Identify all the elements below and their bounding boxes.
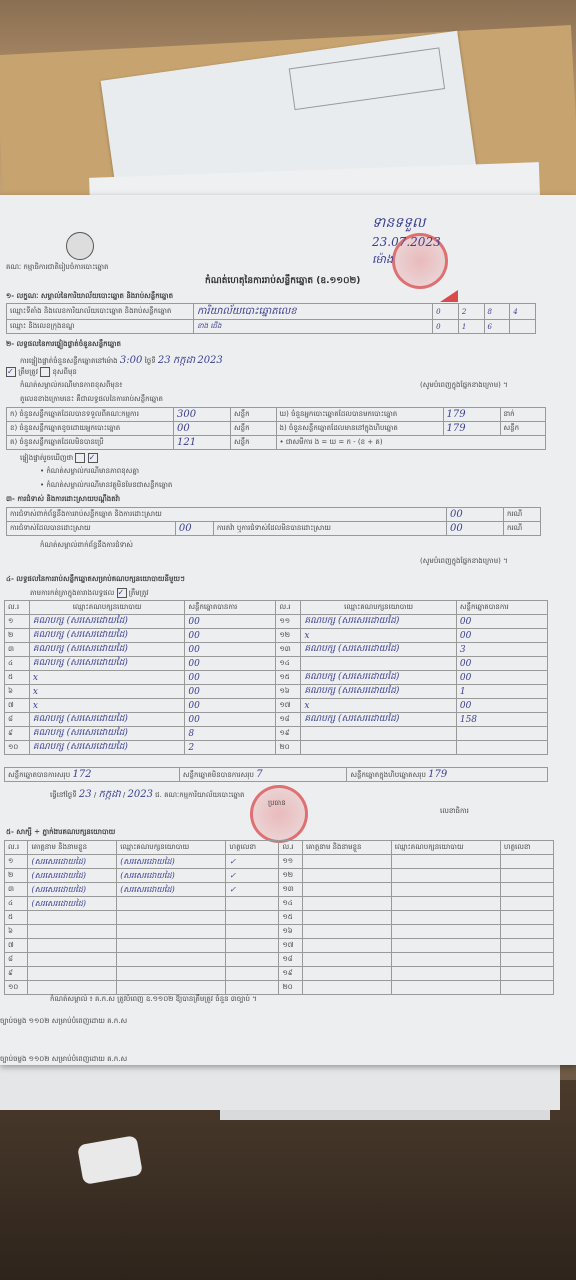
cell-empty xyxy=(391,981,500,995)
note-label: កំណត់សម្គាល់ករណីមានភាពខុសពីមុន៖ xyxy=(20,381,122,391)
total-valid-value: 172 xyxy=(72,769,91,780)
total-valid: សន្លឹកឆ្នោតបានការសរុប 172 xyxy=(5,768,180,782)
cell-party xyxy=(117,981,226,995)
cell-empty xyxy=(391,883,500,897)
col-party: ឈ្មោះគណបក្សនយោបាយ xyxy=(29,601,184,615)
objection-note: កំណត់សម្គាល់ពាក់ព័ន្ធនឹងការជំទាស់ xyxy=(40,541,133,551)
cell-party xyxy=(117,911,226,925)
party-results-table: ល.រ ឈ្មោះគណបក្សនយោបាយ សន្លឹកឆ្នោតបានការ … xyxy=(4,600,548,755)
cell-no: ១១ xyxy=(276,615,301,629)
received-date: 23.07.2023 xyxy=(372,235,441,249)
cell-name: (សរសេរដោយដៃ) xyxy=(28,869,117,883)
cell-no: ៥ xyxy=(5,911,28,925)
table-row: ១គណបក្ស (សរសេរដោយដៃ)00១១គណបក្ស (សរសេរដោយ… xyxy=(5,615,548,629)
row-value: 179 xyxy=(443,422,500,436)
cell-votes: 00 xyxy=(456,657,547,671)
col-votes: សន្លឹកឆ្នោតបានការ xyxy=(456,601,547,615)
authority-name: គណៈ កម្មាធិការជាតិរៀបចំការបោះឆ្នោត xyxy=(6,263,109,273)
col-party: ឈ្មោះគណបក្សនយោបាយ xyxy=(391,841,500,855)
row-unit: សន្លឹក xyxy=(500,422,546,436)
col-party: ឈ្មោះគណបក្សនយោបាយ xyxy=(301,601,456,615)
unresolved-value: 00 xyxy=(447,522,504,536)
table-row: ៣(សរសេរដោយដៃ)(សរសេរដោយដៃ)✓១៣ xyxy=(5,883,554,897)
table-row: ១(សរសេរដោយដៃ)(សរសេរដោយដៃ)✓១១ xyxy=(5,855,554,869)
section1-heading: ១- លក្ខណៈ សម្គាល់នៃការិយាល័យបោះឆ្នោត និង… xyxy=(6,292,173,302)
cell-votes: 00 xyxy=(185,713,276,727)
table-intro: តួលេខខាងក្រោមនេះ គឺជាលទ្ធផលនៃការរាប់សន្ល… xyxy=(20,395,163,405)
cell-no: ៣ xyxy=(5,643,30,657)
cell-party: x xyxy=(29,685,184,699)
table-row: ២(សរសេរដោយដៃ)(សរសេរដោយដៃ)✓១២ xyxy=(5,869,554,883)
match-line: ផ្ទៀងផ្ទាត់រួចឃើញថា ✓ xyxy=(20,453,98,464)
cell-empty xyxy=(500,967,553,981)
cell-party: x xyxy=(29,699,184,713)
cell-party: (សរសេរដោយដៃ) xyxy=(117,855,226,869)
cell-no: ២ xyxy=(5,869,28,883)
total-in-box-label: សន្លឹកឆ្នោតក្នុងហិបឆ្នោតសរុប xyxy=(350,771,426,779)
cell-no: ១២ xyxy=(276,629,301,643)
cell-party: គណបក្ស (សរសេរដោយដៃ) xyxy=(29,629,184,643)
cell-party: x xyxy=(29,671,184,685)
cell-empty xyxy=(391,855,500,869)
total-valid-label: សន្លឹកឆ្នោតបានការសរុប xyxy=(8,771,70,779)
row-unit: សន្លឹក xyxy=(231,422,277,436)
cell-no: ៦ xyxy=(5,685,30,699)
seal-ok-checkbox[interactable]: ✓ xyxy=(6,367,16,377)
cell-party: គណបក្ស (សរសេរដោយដៃ) xyxy=(301,643,456,657)
cell-no: ១៥ xyxy=(276,671,301,685)
cell-empty xyxy=(302,981,391,995)
month-value: កក្កដា xyxy=(173,355,195,366)
resolved-label: ការជំទាស់ដែលបានដោះស្រាយ xyxy=(7,522,176,536)
total-invalid: សន្លឹកឆ្នោតមិនបានការសរុប 7 xyxy=(179,768,346,782)
tally-ok-checkbox[interactable]: ✓ xyxy=(117,588,127,598)
section1-table: ឈ្មោះទីតាំង និងលេខការិយាល័យបោះឆ្នោត និងរ… xyxy=(6,303,536,334)
seal-bad-label: ខុសពីមុន xyxy=(52,368,76,376)
cell-no: ១៤ xyxy=(276,657,301,671)
check-time-line: ការផ្ទៀងផ្ទាត់ចំនួនសន្លឹកឆ្នោតនៅម៉ោង 3:0… xyxy=(20,353,223,368)
col-no: ល.រ xyxy=(279,841,302,855)
polling-station-label: ឈ្មោះទីតាំង និងលេខការិយាល័យបោះឆ្នោត និងរ… xyxy=(7,304,194,320)
code-digit: 0 xyxy=(433,320,459,334)
row-unit: សន្លឹក xyxy=(231,408,277,422)
cell-no: ១៩ xyxy=(276,727,301,741)
cell-party xyxy=(117,925,226,939)
cell-party: គណបក្ស (សរសេរដោយដៃ) xyxy=(301,671,456,685)
table-row: ៦១៦ xyxy=(5,925,554,939)
tally-ok-label: ត្រឹមត្រូវ xyxy=(129,589,149,597)
chair-stamp-icon xyxy=(250,785,308,843)
cell-votes: 3 xyxy=(456,643,547,657)
cell-party xyxy=(117,953,226,967)
cell-empty xyxy=(302,939,391,953)
cell-no: ១៧ xyxy=(279,939,302,953)
seal-check-line: ✓ ត្រឹមត្រូវ ខុសពីមុន xyxy=(6,367,77,378)
cell-votes: 158 xyxy=(456,713,547,727)
cell-no: ១២ xyxy=(279,869,302,883)
table-row: ៩១៩ xyxy=(5,967,554,981)
col-no: ល.រ xyxy=(5,601,30,615)
footnote: កំណត់សម្គាល់ ៖ គ.ក.ស ត្រូវបំពេញ ឧ.១១០២ ឱ… xyxy=(50,995,257,1005)
cell-sign xyxy=(226,981,279,995)
date-month: កក្កដា xyxy=(98,789,120,800)
table-row: ៧x00១៧x00 xyxy=(5,699,548,713)
cell-empty xyxy=(500,911,553,925)
cell-no: ៩ xyxy=(5,727,30,741)
time-label: ការផ្ទៀងផ្ទាត់ចំនួនសន្លឹកឆ្នោតនៅម៉ោង xyxy=(20,357,118,365)
cell-party: (សរសេរដោយដៃ) xyxy=(117,869,226,883)
col-party: ឈ្មោះគណបក្សនយោបាយ xyxy=(117,841,226,855)
cell-no: ១៣ xyxy=(276,643,301,657)
cell-empty xyxy=(500,981,553,995)
cell-empty xyxy=(302,855,391,869)
subline-text: តាមការកត់ត្រាក្នុងតារាងលទ្ធផល xyxy=(30,589,114,597)
unresolved-label: ការតវ៉ា ឬការជំទាស់ដែលមិនបានដោះស្រាយ xyxy=(213,522,446,536)
cell-empty xyxy=(500,883,553,897)
election-form: គណៈ កម្មាធិការជាតិរៀបចំការបោះឆ្នោត ទានទទ… xyxy=(0,195,576,1065)
cell-empty xyxy=(302,953,391,967)
cell-empty xyxy=(302,869,391,883)
row-label: គ) ចំនួនសន្លឹកឆ្នោតដែលមិនបានប្រើ xyxy=(7,436,174,450)
cell-sign: ✓ xyxy=(226,869,279,883)
cell-no: ១៦ xyxy=(279,925,302,939)
cell-empty xyxy=(391,911,500,925)
cell-no: ៣ xyxy=(5,883,28,897)
table-row: ៨គណបក្ស (សរសេរដោយដៃ)00១៨គណបក្ស (សរសេរដោយ… xyxy=(5,713,548,727)
cell-no: ២០ xyxy=(276,741,301,755)
year-value: 2023 xyxy=(197,355,222,366)
table-row: ៤គណបក្ស (សរសេរដោយដៃ)00១៤00 xyxy=(5,657,548,671)
code-digit: 0 xyxy=(433,304,459,320)
fill-hint: (សូមបំពេញក្នុងផ្នែកខាងក្រោម) ។ xyxy=(420,381,508,391)
section4-subline: តាមការកត់ត្រាក្នុងតារាងលទ្ធផល ✓ ត្រឹមត្រ… xyxy=(30,588,149,599)
total-invalid-label: សន្លឹកឆ្នោតមិនបានការសរុប xyxy=(183,771,254,779)
cell-no: ១១ xyxy=(279,855,302,869)
resolved-value: 00 xyxy=(175,522,213,536)
cell-party: គណបក្ស (សរសេរដោយដៃ) xyxy=(29,657,184,671)
cell-no: ៧ xyxy=(5,699,30,713)
cell-no: ១០ xyxy=(5,741,30,755)
row-value: 179 xyxy=(443,408,500,422)
totals-row: សន្លឹកឆ្នោតបានការសរុប 172 សន្លឹកឆ្នោតមិន… xyxy=(4,767,548,782)
table-row: ៨១៨ xyxy=(5,953,554,967)
col-party-label: ឈ្មោះគណបក្សនយោបាយ xyxy=(344,603,413,611)
cell-empty xyxy=(302,897,391,911)
table-row: ១០២០ xyxy=(5,981,554,995)
red-corner-mark xyxy=(440,290,458,302)
cell-empty xyxy=(391,967,500,981)
nec-logo-icon xyxy=(66,232,94,260)
cell-no: ១៨ xyxy=(276,713,301,727)
row-label: ង) ចំនួនសន្លឹកឆ្នោតដែលមាននៅក្នុងហិបឆ្នោត xyxy=(276,422,443,436)
objection-unit: ករណី xyxy=(504,508,541,522)
col-no: ល.រ xyxy=(276,601,301,615)
cell-no: ១៤ xyxy=(279,897,302,911)
cell-name xyxy=(28,953,117,967)
cell-votes: 00 xyxy=(185,643,276,657)
cell-empty xyxy=(302,911,391,925)
seal-bad-checkbox[interactable] xyxy=(40,367,50,377)
received-note: ទានទទួល xyxy=(372,213,425,234)
cell-no: ៤ xyxy=(5,657,30,671)
ballot-count-table: ក) ចំនួនសន្លឹកឆ្នោតដែលបានទទួលពីគណៈកម្មកា… xyxy=(6,407,546,450)
date-year: 2023 xyxy=(127,789,152,800)
cell-votes: 00 xyxy=(185,685,276,699)
cell-votes: 00 xyxy=(185,657,276,671)
cell-no: ៧ xyxy=(5,939,28,953)
cell-votes: 00 xyxy=(456,615,547,629)
copy-line: ច្បាប់ចម្លង ១១០២ សម្រាប់បំពេញដោយ គ.ក.ស xyxy=(0,1017,127,1027)
objection-value: 00 xyxy=(447,508,504,522)
cell-party xyxy=(301,657,456,671)
cell-sign xyxy=(226,939,279,953)
col-votes: សន្លឹកឆ្នោតបានការ xyxy=(185,601,276,615)
cell-sign xyxy=(226,953,279,967)
chair-label: ប្រធាន xyxy=(268,799,286,809)
row-value: 300 xyxy=(174,408,231,422)
cell-empty xyxy=(391,869,500,883)
signing-date: ធ្វើនៅថ្ងៃទី 23 / កក្កដា / 2023 ជ. គណៈកម… xyxy=(50,787,244,802)
cell-name: (សរសេរដោយដៃ) xyxy=(28,883,117,897)
fill-hint: (សូមបំពេញក្នុងផ្នែកខាងក្រោម) ។ xyxy=(420,557,508,567)
cell-name xyxy=(28,981,117,995)
cell-party: គណបក្ស (សរសេរដោយដៃ) xyxy=(301,685,456,699)
cell-sign xyxy=(226,911,279,925)
match-no-checkbox[interactable] xyxy=(75,453,85,463)
copy-line: ច្បាប់ចម្លង ១១០២ សម្រាប់បំពេញដោយ គ.ក.ស xyxy=(0,1055,127,1065)
cell-no: ១៨ xyxy=(279,953,302,967)
table-row: ៥x00១៥គណបក្ស (សរសេរដោយដៃ)00 xyxy=(5,671,548,685)
signer: ជ. គណៈកម្មការិយាល័យបោះឆ្នោត xyxy=(155,791,244,799)
code-digit: 8 xyxy=(484,304,510,320)
total-invalid-value: 7 xyxy=(256,769,262,780)
table-row: ៦x00១៦គណបក្ស (សរសេរដោយដៃ)1 xyxy=(5,685,548,699)
note-diff: • កំណត់សម្គាល់ករណីមានភាពខុសគ្នា xyxy=(40,467,139,477)
cell-sign xyxy=(226,967,279,981)
cell-party: គណបក្ស (សរសេរដោយដៃ) xyxy=(29,615,184,629)
cell-no: ១៣ xyxy=(279,883,302,897)
cell-party: (សរសេរដោយដៃ) xyxy=(117,883,226,897)
cell-party: គណបក្ស (សរសេរដោយដៃ) xyxy=(29,727,184,741)
day-value: 23 xyxy=(158,355,171,366)
district-label: ឈ្មោះ និងលេខក្រុងខណ្ឌ xyxy=(7,320,194,334)
time-value: 3:00 xyxy=(120,355,142,366)
cell-votes: 00 xyxy=(185,615,276,629)
cell-party: គណបក្ស (សរសេរដោយដៃ) xyxy=(301,713,456,727)
received-time: ម៉ោង xyxy=(372,253,393,269)
row-unit: នាក់ xyxy=(500,408,546,422)
cell-name xyxy=(28,939,117,953)
cell-empty xyxy=(500,953,553,967)
cell-votes xyxy=(456,727,547,741)
match-yes-checkbox[interactable]: ✓ xyxy=(88,453,98,463)
cell-empty xyxy=(500,855,553,869)
cell-party xyxy=(117,967,226,981)
cell-empty xyxy=(302,883,391,897)
cell-party: គណបក្ស (សរសេរដោយដៃ) xyxy=(29,643,184,657)
cell-votes: 1 xyxy=(456,685,547,699)
cell-empty xyxy=(500,869,553,883)
seal-ok-label: ត្រឹមត្រូវ xyxy=(18,368,38,376)
table-row: ២គណបក្ស (សរសេរដោយដៃ)00១២x00 xyxy=(5,629,548,643)
cell-no: ២ xyxy=(5,629,30,643)
district-value: ខាង ជើង xyxy=(194,320,433,334)
section3-heading: ៣- ការជំទាស់ និងការដោះស្រាយបណ្តឹងតវ៉ា xyxy=(6,495,120,505)
cell-empty xyxy=(391,925,500,939)
table-row: ៩គណបក្ស (សរសេរដោយដៃ)8១៩ xyxy=(5,727,548,741)
cell-no: ២០ xyxy=(279,981,302,995)
cell-no: ៩ xyxy=(5,967,28,981)
cell-no: ១៦ xyxy=(276,685,301,699)
copy-sheet-edge xyxy=(220,1110,550,1120)
cell-name xyxy=(28,925,117,939)
cell-votes: 2 xyxy=(185,741,276,755)
cell-empty xyxy=(500,939,553,953)
form-title: កំណត់ហេតុនៃការរាប់សន្លឹកឆ្នោត (ឧ.១១០២) xyxy=(205,275,360,288)
row-label: ខ) ចំនួនសន្លឹកឆ្នោតខូចដោយអ្នកបោះឆ្នោត xyxy=(7,422,174,436)
cell-votes: 00 xyxy=(185,699,276,713)
day-label: ថ្ងៃទី xyxy=(145,357,156,365)
objection-table: ការជំទាស់ពាក់ព័ន្ធនឹងការរាប់សន្លឹកឆ្នោត … xyxy=(6,507,541,536)
cell-no: ៨ xyxy=(5,953,28,967)
cell-no: ១ xyxy=(5,855,28,869)
table-row: ៥១៥ xyxy=(5,911,554,925)
cell-votes xyxy=(456,741,547,755)
cell-no: ១៧ xyxy=(276,699,301,713)
cell-party: គណបក្ស (សរសេរដោយដៃ) xyxy=(29,741,184,755)
cell-empty xyxy=(302,967,391,981)
cell-sign xyxy=(226,925,279,939)
table-row: ១០គណបក្ស (សរសេរដោយដៃ)2២០ xyxy=(5,741,548,755)
objection-label: ការជំទាស់ពាក់ព័ន្ធនឹងការរាប់សន្លឹកឆ្នោត … xyxy=(7,508,447,522)
row-value: 00 xyxy=(174,422,231,436)
cell-votes: 8 xyxy=(185,727,276,741)
cell-no: ១០ xyxy=(5,981,28,995)
cell-party xyxy=(117,897,226,911)
cell-name: (សរសេរដោយដៃ) xyxy=(28,897,117,911)
cell-votes: 00 xyxy=(456,671,547,685)
table-row: ៧១៧ xyxy=(5,939,554,953)
cell-votes: 00 xyxy=(185,629,276,643)
col-party-label: ឈ្មោះគណបក្សនយោបាយ xyxy=(73,603,142,611)
cell-name xyxy=(28,911,117,925)
cell-no: ៥ xyxy=(5,671,30,685)
cell-party xyxy=(301,727,456,741)
row-value: 121 xyxy=(174,436,231,450)
witness-table: ល.រ គោត្តនាម និងនាមខ្លួន ឈ្មោះគណបក្សនយោប… xyxy=(4,840,554,995)
col-name: គោត្តនាម និងនាមខ្លួន xyxy=(28,841,117,855)
cell-votes: 00 xyxy=(456,629,547,643)
row-unit: សន្លឹក xyxy=(231,436,277,450)
col-sign: ហត្ថលេខា xyxy=(226,841,279,855)
cell-empty xyxy=(302,925,391,939)
section5-heading: ៥- សាក្សី ÷ ភ្នាក់ងារគណបក្សនយោបាយ xyxy=(6,828,115,838)
cell-no: ៦ xyxy=(5,925,28,939)
section4-heading: ៤- លទ្ធផលនៃការរាប់សន្លឹកឆ្នោតសម្រាប់គណបក… xyxy=(6,575,185,585)
cell-party: x xyxy=(301,629,456,643)
cell-empty xyxy=(391,953,500,967)
match-text: ផ្ទៀងផ្ទាត់រួចឃើញថា xyxy=(20,454,73,462)
cell-empty xyxy=(500,925,553,939)
cell-empty xyxy=(500,897,553,911)
cell-name: (សរសេរដោយដៃ) xyxy=(28,855,117,869)
polling-station-value: ការិយាល័យបោះឆ្នោតលេខ xyxy=(194,304,433,320)
total-in-box-value: 179 xyxy=(428,769,447,780)
date-day: 23 xyxy=(79,789,92,800)
cell-party: x xyxy=(301,699,456,713)
cell-votes: 00 xyxy=(185,671,276,685)
col-no: ល.រ xyxy=(5,841,28,855)
cell-sign xyxy=(226,897,279,911)
row-label: ក) ចំនួនសន្លឹកឆ្នោតដែលបានទទួលពីគណៈកម្មកា… xyxy=(7,408,174,422)
cell-name xyxy=(28,967,117,981)
table-row: ៤(សរសេរដោយដៃ)១៤ xyxy=(5,897,554,911)
cell-no: ១៥ xyxy=(279,911,302,925)
cell-no: ៨ xyxy=(5,713,30,727)
cell-party: គណបក្ស (សរសេរដោយដៃ) xyxy=(29,713,184,727)
code-digit: 6 xyxy=(484,320,510,334)
cell-party xyxy=(301,741,456,755)
date-label: ធ្វើនៅថ្ងៃទី xyxy=(50,791,77,799)
cell-no: ១ xyxy=(5,615,30,629)
cell-sign: ✓ xyxy=(226,883,279,897)
cell-sign: ✓ xyxy=(226,855,279,869)
cell-empty xyxy=(391,897,500,911)
cell-no: ៤ xyxy=(5,897,28,911)
total-in-box: សន្លឹកឆ្នោតក្នុងហិបឆ្នោតសរុប 179 xyxy=(347,768,548,782)
section2-heading: ២- លទ្ធផលនៃការផ្ទៀងផ្ទាត់ចំនួនសន្លឹកឆ្នោ… xyxy=(6,340,121,350)
code-digit: 1 xyxy=(458,320,484,334)
unresolved-unit: ករណី xyxy=(504,522,541,536)
code-digit: 4 xyxy=(510,304,536,320)
col-name: គោត្តនាម និងនាមខ្លួន xyxy=(302,841,391,855)
code-digit: 2 xyxy=(458,304,484,320)
note-foreign: • កំណត់សម្គាល់ករណីមានវត្ថុមិនមែនជាសន្លឹក… xyxy=(40,481,172,491)
cell-party xyxy=(117,939,226,953)
cell-party: គណបក្ស (សរសេរដោយដៃ) xyxy=(301,615,456,629)
table-row: ៣គណបក្ស (សរសេរដោយដៃ)00១៣គណបក្ស (សរសេរដោយ… xyxy=(5,643,548,657)
cell-no: ១៩ xyxy=(279,967,302,981)
cell-votes: 00 xyxy=(456,699,547,713)
formula-note: • ជាសមីការ ង = ឃ = ក - (ខ + គ) xyxy=(276,436,546,450)
cell-empty xyxy=(391,939,500,953)
col-sign: ហត្ថលេខា xyxy=(500,841,553,855)
row-label: ឃ) ចំនួនអ្នកបោះឆ្នោតដែលបានមកបោះឆ្នោត xyxy=(276,408,443,422)
secretary-label: លេខាធិការ xyxy=(440,807,469,817)
